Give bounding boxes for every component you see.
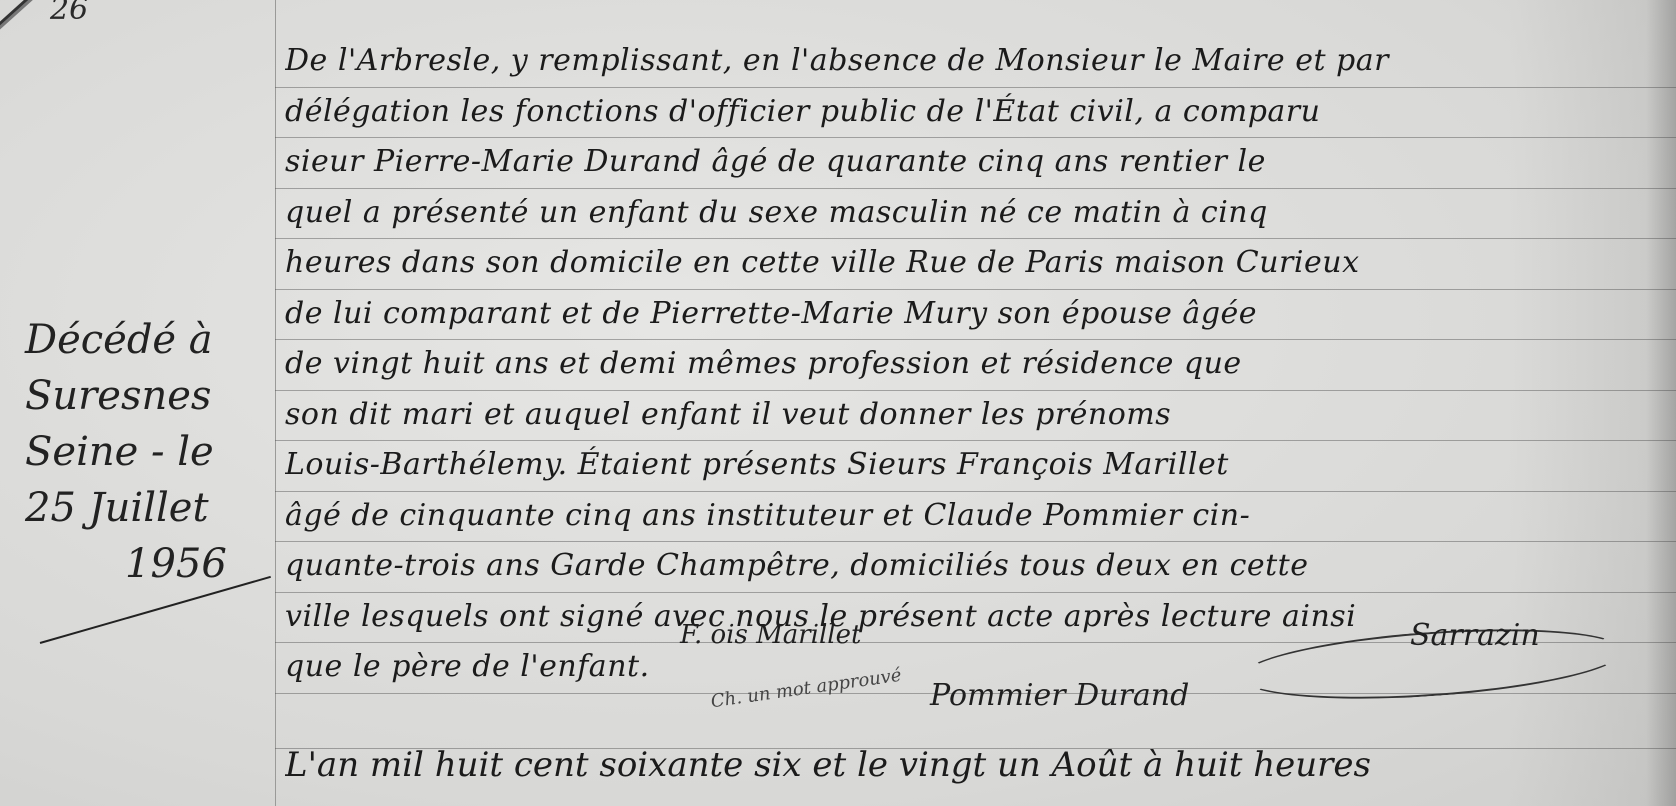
margin-line-year: 1956	[25, 536, 270, 592]
margin-line: Décédé à	[25, 312, 270, 368]
text-line: de lui comparant et de Pierrette-Marie M…	[285, 289, 1555, 340]
text-line: âgé de cinquante cinq ans instituteur et…	[285, 491, 1555, 542]
signature-pommier-durand: Pommier Durand	[930, 678, 1189, 713]
record-body: De l'Arbresle, y remplissant, en l'absen…	[285, 36, 1555, 693]
next-entry-start: L'an mil huit cent soixante six et le vi…	[285, 745, 1555, 785]
text-line: De l'Arbresle, y remplissant, en l'absen…	[285, 36, 1555, 87]
text-line: ville lesquels ont signé avec nous le pr…	[285, 592, 1555, 643]
text-line: quel a présenté un enfant du sexe mascul…	[285, 188, 1555, 239]
text-line: délégation les fonctions d'officier publ…	[285, 87, 1555, 138]
text-line: de vingt huit ans et demi mêmes professi…	[285, 339, 1555, 390]
margin-line: Seine - le	[25, 424, 270, 480]
margin-line: 25 Juillet	[25, 480, 270, 536]
signature-marillet: F. ois Marillet	[680, 620, 861, 650]
margin-annotation-death: Décédé à Suresnes Seine - le 25 Juillet …	[25, 312, 270, 592]
text-line: sieur Pierre-Marie Durand âgé de quarant…	[285, 137, 1555, 188]
folio-number: 26	[50, 0, 88, 27]
page-edge-shadow	[1646, 0, 1676, 806]
text-line: heures dans son domicile en cette ville …	[285, 238, 1555, 289]
signature-sarrazin: Sarrazin	[1410, 618, 1540, 653]
margin-line: Suresnes	[25, 368, 270, 424]
text-line: son dit mari et auquel enfant il veut do…	[285, 390, 1555, 441]
registry-page: 26 Décédé à Suresnes Seine - le 25 Juill…	[0, 0, 1676, 806]
text-line: quante-trois ans Garde Champêtre, domici…	[285, 541, 1555, 592]
margin-rule	[275, 0, 276, 806]
text-line: Louis-Barthélemy. Étaient présents Sieur…	[285, 440, 1555, 491]
